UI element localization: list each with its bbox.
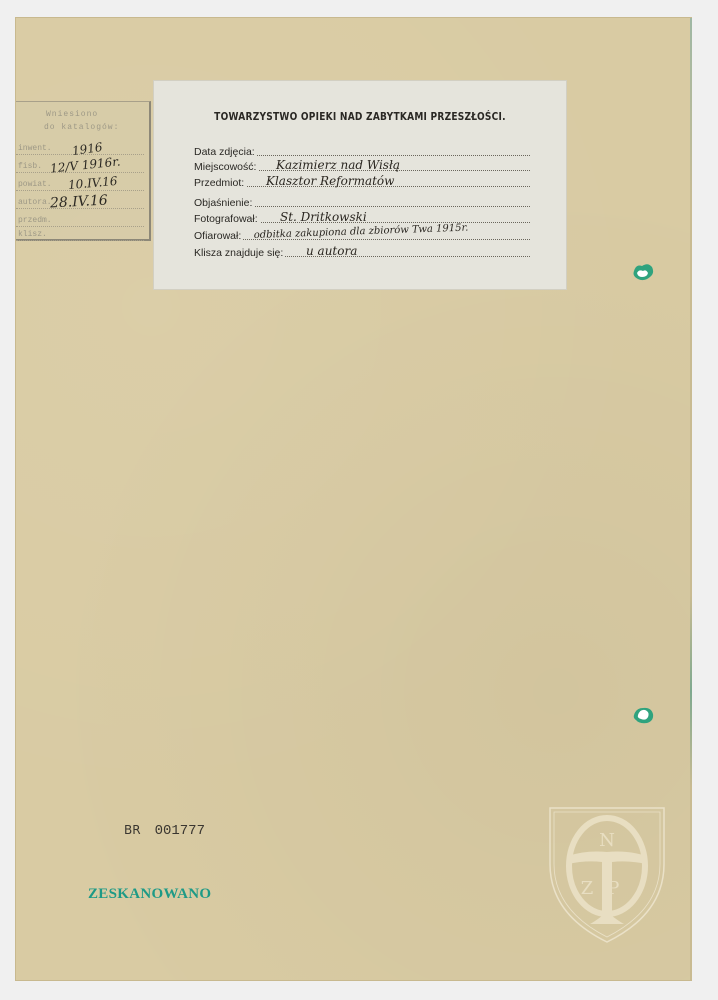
field-value: Kazimierz nad Wisłą <box>276 158 400 172</box>
field-label: Objaśnienie: <box>194 197 254 209</box>
field-value: Klasztor Reformatów <box>266 174 394 188</box>
field-negative-location: Klisza znajduje się: u autora <box>194 243 530 259</box>
label-title: TOWARZYSTWO OPIEKI NAD ZABYTKAMI PRZESZŁ… <box>191 110 529 123</box>
punch-hole-icon <box>630 261 656 283</box>
field-label: Miejscowość: <box>194 161 258 173</box>
field-donor: Ofiarował: odbitka zakupiona dla zbiorów… <box>194 226 530 242</box>
catalog-entry-stamp: Wniesiono do katalogów: inwent. fisb. po… <box>16 101 151 241</box>
catalog-number: BR001777 <box>124 823 205 839</box>
catalog-number-value: 001777 <box>155 823 205 839</box>
field-label: Przedmiot: <box>194 177 246 189</box>
field-label: Klisza znajduje się: <box>194 247 285 259</box>
field-explanation: Objaśnienie: <box>194 193 530 209</box>
document-card: Wniesiono do katalogów: inwent. fisb. po… <box>16 18 691 980</box>
tau-cross-shield-icon: N ZP <box>546 804 668 944</box>
field-photo-date: Data zdjęcia: <box>194 142 530 158</box>
stamp-title-line2: do katalogów: <box>44 123 119 132</box>
stamp-row: klisz. <box>16 226 144 241</box>
field-value: u autora <box>306 244 357 258</box>
society-label: TOWARZYSTWO OPIEKI NAD ZABYTKAMI PRZESZŁ… <box>154 81 566 289</box>
stamp-row: przedm. <box>16 212 144 227</box>
field-label: Fotografował: <box>194 213 260 225</box>
field-value: St. Dritkowski <box>280 210 367 224</box>
field-label: Ofiarował: <box>194 230 243 242</box>
stamp-title-line1: Wniesiono <box>46 110 98 119</box>
punch-hole-icon <box>631 704 657 726</box>
svg-text:N: N <box>599 830 615 851</box>
card-edge <box>690 18 692 980</box>
field-subject: Przedmiot: Klasztor Reformatów <box>194 173 530 189</box>
field-location: Miejscowość: Kazimierz nad Wisłą <box>194 157 530 173</box>
field-label: Data zdjęcia: <box>194 146 257 158</box>
handwritten-entry: 1916 <box>71 140 103 158</box>
field-photographer: Fotografował: St. Dritkowski <box>194 209 530 225</box>
scanned-stamp: ZESKANOWANO <box>88 886 211 903</box>
svg-text:ZP: ZP <box>581 878 634 899</box>
catalog-prefix: BR <box>124 823 141 837</box>
handwritten-entry: 28.IV.16 <box>50 193 108 212</box>
